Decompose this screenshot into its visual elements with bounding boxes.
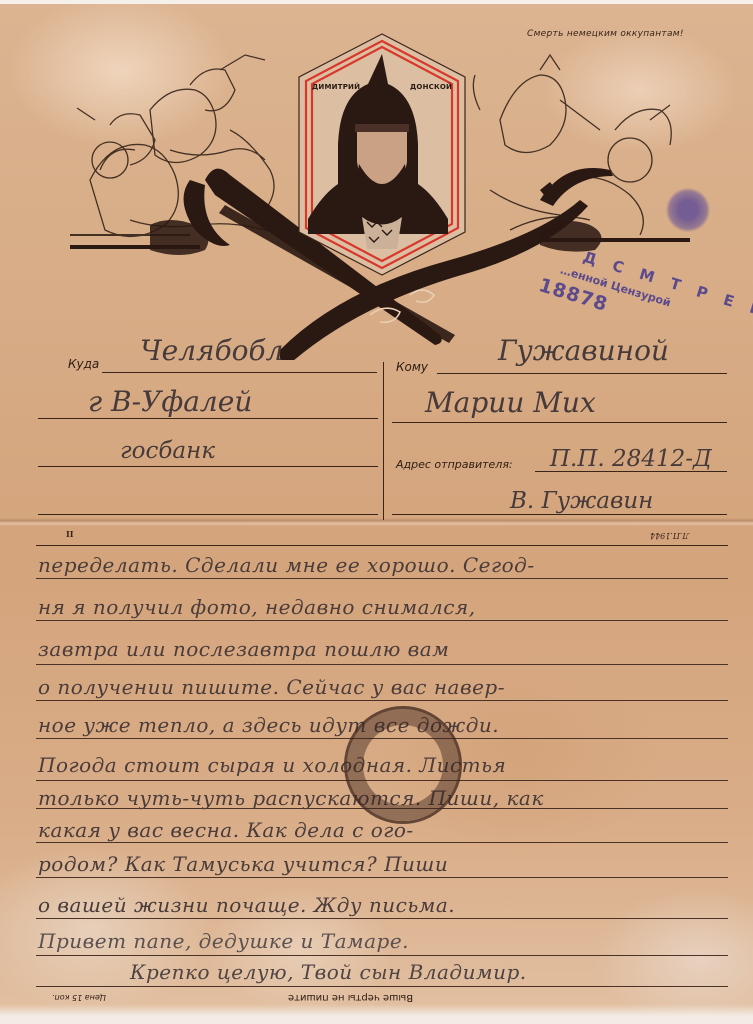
body-rule: [36, 986, 728, 987]
to-where-line-2: г В-Уфалей: [88, 385, 252, 418]
to-whom-line-1: Гужавиной: [498, 334, 669, 367]
to-where-line-3: госбанк: [120, 438, 215, 464]
body-rule: [36, 955, 728, 956]
to-whom-rule-2: [392, 422, 727, 423]
letter-line: только чуть-чуть распускаются. Пиши, как: [38, 786, 544, 810]
letter-line: переделать. Сделали мне ее хорошо. Сегод…: [38, 553, 535, 577]
sender-rule-2: [392, 514, 727, 515]
letter-line: завтра или послезавтра пошлю вам: [38, 637, 449, 661]
footer-instruction: Выше черты не пишите: [288, 992, 413, 1003]
to-where-rule-3: [38, 466, 378, 467]
form-roman-numeral: II: [66, 529, 73, 539]
sender-line-2: В. Гужавин: [510, 488, 653, 514]
body-rule: [36, 578, 728, 579]
body-rule: [36, 664, 728, 665]
to-where-line-1: Челябобл: [140, 334, 283, 367]
paper-edge-bottom: [0, 1004, 753, 1024]
round-censor-stamp: [666, 188, 710, 232]
to-whom-line-2: Марии Мих: [425, 386, 596, 419]
portrait-frame: [297, 32, 467, 277]
to-where-rule-4: [38, 514, 378, 515]
letter-line: о вашей жизни почаще. Жду письма.: [38, 893, 455, 917]
price-note: Цена 15 коп.: [52, 993, 106, 1002]
paper-edge-top: [0, 0, 753, 4]
body-rule: [36, 918, 728, 919]
portrait-caption-left: ДИМИТРИЙ: [312, 83, 360, 91]
body-rule: [36, 620, 728, 621]
to-whom-label: Кому: [396, 360, 428, 374]
letter-line: родом? Как Тамусь­ка учится? Пиши: [38, 852, 448, 876]
letter-line: какая у вас весна. Как дела с ого-: [38, 818, 414, 842]
to-where-label: Куда: [68, 357, 99, 371]
address-divider: [383, 362, 384, 520]
round-postmark: [344, 706, 462, 824]
body-rule: [36, 700, 728, 701]
body-rule: [36, 877, 728, 878]
letter-line: ня я получил фото, недавно снимался,: [38, 595, 476, 619]
body-top-rule: [36, 545, 728, 546]
letter-line: Привет папе, дедушке и Тамаре.: [38, 929, 409, 953]
to-where-rule-2: [38, 418, 378, 419]
fold-crease: [0, 518, 753, 526]
portrait-caption-right: ДОНСКОЙ: [410, 83, 452, 91]
to-whom-rule-1: [437, 373, 727, 374]
to-where-rule-1: [102, 372, 377, 373]
print-code: Л.П.1944: [650, 531, 689, 540]
body-rule: [36, 842, 728, 843]
sender-line-1: П.П. 28412-Д: [550, 446, 712, 472]
letter-signoff: Крепко целую, Твой сын Владимир.: [130, 960, 527, 984]
sender-label: Адрес отправителя:: [396, 458, 513, 471]
letter-line: о получении пишите. Сейчас у вас навер-: [38, 675, 505, 699]
